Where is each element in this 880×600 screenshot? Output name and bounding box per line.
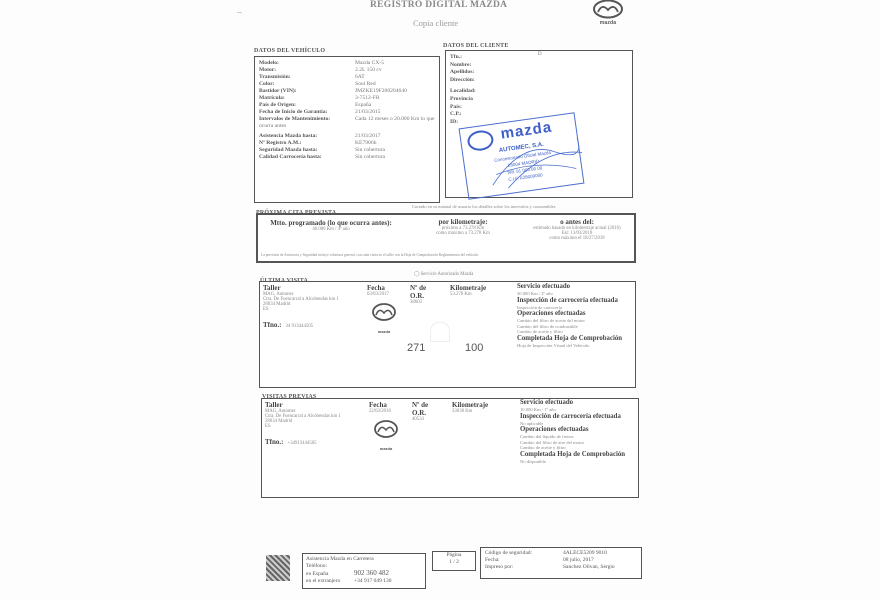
- service-heading: Completada Hoja de Comprobación: [517, 335, 635, 343]
- km-label: Kilometraje: [450, 284, 510, 292]
- next-appointment-note: Cortado en su manual de usuario los deta…: [412, 204, 555, 209]
- or-label: Nº de O.R.: [410, 284, 438, 300]
- workshop-heading: Taller: [263, 284, 363, 292]
- printed-by-value: Sanchez Olivan, Sergio: [563, 564, 615, 570]
- appointment-col-km: por kilometraje: próximo a 73.278 Km com…: [408, 218, 518, 236]
- authorized-service-badge: ◯ Servicio Autorizado Mazda: [414, 272, 473, 277]
- client-field-label: Apellidos:: [450, 69, 628, 77]
- vehicle-field-value: 6AT: [355, 74, 365, 80]
- service-circle-icon: ◯: [414, 272, 421, 277]
- spain-phone: 902 360 482: [354, 569, 389, 577]
- previous-visit-mazda-logo: mazda: [372, 419, 400, 451]
- client-field-label: Localidad:: [450, 88, 628, 96]
- last-visit-km: Kilometraje 53.278 Km: [450, 284, 510, 297]
- vehicle-field-label: Asistencia Mazda hasta:: [259, 133, 355, 140]
- last-visit-date: Fecha 03/03/2017: [367, 284, 407, 297]
- vehicle-field-value: Sin cobertura: [355, 147, 385, 153]
- vehicle-field-row: Matrícula:3-7512-FR: [259, 95, 435, 102]
- client-field-label: Dirección:: [450, 77, 628, 85]
- page-label: Página: [433, 552, 475, 559]
- previous-visits-box: Taller MAG, Automec Ctra. De Fuencarral …: [261, 398, 639, 498]
- previous-visit-or: Nº de O.R. 40533: [412, 401, 440, 422]
- previous-visit-workshop: Taller MAG, Automec Ctra. De Fuencarral …: [265, 401, 365, 449]
- previous-visit-km: Kilometraje 33038 Km: [452, 401, 512, 414]
- vehicle-section-label: DATOS DEL VEHÍCULO: [254, 48, 325, 54]
- mazda-logo-icon: [372, 419, 400, 441]
- km-value: 33038 Km: [452, 409, 512, 414]
- appointment-scheduled-value: 40.000 Km / 4º año: [266, 227, 396, 232]
- date-value: 03/03/2017: [367, 292, 407, 297]
- document-title: REGISTRO DIGITAL MAZDA: [370, 0, 507, 10]
- appointment-col-date: o antes del: estimado basado en kilometr…: [520, 218, 634, 241]
- vehicle-field-row: Seguridad Mazda hasta:Sin cobertura: [259, 147, 435, 154]
- mazda-logo-icon: [370, 302, 398, 324]
- home-icon-watermark: [430, 322, 450, 342]
- service-heading: Inspección de carrocería efectuada: [517, 297, 635, 305]
- vehicle-field-row: Modelo:Mazda CX-5: [259, 60, 435, 67]
- vehicle-field-value: 21/03/2017: [355, 133, 380, 139]
- phone-value: +34913444505: [287, 441, 316, 446]
- security-info-box: Código de seguridad:4ALECE5209 9010 Fech…: [480, 547, 642, 579]
- previous-visit-date: Fecha 22/03/2016: [369, 401, 409, 414]
- authorized-service-text: Servicio Autorizado Mazda: [421, 272, 474, 277]
- vehicle-field-row: Fecha de Inicio de Garantía:21/03/2015: [259, 109, 435, 116]
- service-heading: Operaciones efectuadas: [517, 310, 635, 318]
- vehicle-field-row: Calidad Carrocería hasta:Sin cobertura: [259, 154, 435, 161]
- or-value: 38603: [410, 300, 438, 305]
- vehicle-field-row: Motor:2.2L 150 cv: [259, 67, 435, 74]
- vehicle-field-label: Intervalos de Mantenimiento:: [259, 116, 355, 123]
- vehicle-field-label: Motor:: [259, 67, 355, 74]
- vehicle-data-box: Modelo:Mazda CX-5Motor:2.2L 150 cvTransm…: [254, 56, 440, 203]
- abroad-phone: +34 917 049 130: [354, 578, 391, 584]
- page-indicator: Página 1 / 2: [432, 551, 476, 571]
- vehicle-field-value: Sin cobertura: [355, 154, 385, 160]
- km-value: 53.278 Km: [450, 292, 510, 297]
- phone-value: 34 913444505: [285, 324, 313, 329]
- vehicle-field-value: JMZKE19F200204640: [355, 88, 407, 94]
- vehicle-fields: Modelo:Mazda CX-5Motor:2.2L 150 cvTransm…: [259, 60, 435, 161]
- vehicle-field-label: Nº Registro A.M.:: [259, 140, 355, 147]
- client-section-label: DATOS DEL CLIENTE: [443, 43, 509, 49]
- previous-visit-services: Servicio efectuado10.000 Km / 1º añoInsp…: [520, 399, 638, 465]
- vehicle-field-label: Matrícula:: [259, 95, 355, 102]
- vehicle-field-label: Bastidor (VIN):: [259, 88, 355, 95]
- appointment-col-scheduled: Mtto. programado (lo que ocurra antes): …: [266, 219, 396, 232]
- service-heading: Completada Hoja de Comprobación: [520, 451, 638, 459]
- vehicle-field-label: Modelo:: [259, 60, 355, 67]
- security-code-label: Código de seguridad:: [485, 550, 563, 557]
- page-separator: /: [453, 559, 455, 565]
- print-date-value: 08 julio, 2017: [563, 557, 594, 563]
- or-value: 40533: [412, 417, 440, 422]
- mazda-logo: mazda: [590, 0, 626, 26]
- service-heading: Operaciones efectuadas: [520, 426, 638, 434]
- or-label: Nº de O.R.: [412, 401, 440, 417]
- workshop-line: ES: [263, 307, 363, 312]
- client-fields: Tfn.:Nombre:Apellidos:Dirección:Localida…: [450, 54, 628, 126]
- stamp-signature: [481, 123, 588, 196]
- appointment-footnote: La previsión de Asistencia y Seguridad i…: [261, 253, 478, 257]
- client-marker: D: [538, 52, 542, 57]
- service-detail: Hoja de Inspección Visual del Vehículo: [517, 343, 635, 349]
- service-heading: Inspección de carrocería efectuada: [520, 413, 638, 421]
- next-appointment-box: Mtto. programado (lo que ocurra antes): …: [256, 213, 636, 263]
- assistance-title: Asistencia Mazda en Carretera: [306, 556, 422, 563]
- certification-logo: [266, 555, 290, 581]
- date-value: 22/03/2016: [369, 409, 409, 414]
- vehicle-field-value: 3-7512-FR: [355, 95, 380, 101]
- last-visit-mazda-logo: mazda: [370, 302, 398, 334]
- mazda-logo-icon: [590, 0, 626, 20]
- spain-label: en España: [306, 571, 354, 578]
- roadside-assistance-box: Asistencia Mazda en Carretera Teléfono: …: [302, 553, 426, 589]
- page-current: 1: [449, 559, 452, 565]
- workshop-heading: Taller: [265, 401, 365, 409]
- workshop-line: ES: [265, 424, 365, 429]
- phone-label: Tfno.:: [263, 321, 281, 329]
- service-heading: Servicio efectuado: [517, 283, 635, 291]
- phone-label: Tfno.:: [265, 438, 283, 446]
- date-label: Fecha: [369, 401, 409, 409]
- vehicle-field-value: 21/03/2015: [355, 109, 380, 115]
- vehicle-field-label: Seguridad Mazda hasta:: [259, 147, 355, 154]
- vehicle-field-row: Transmisión:6AT: [259, 74, 435, 81]
- printed-by-label: Impreso por:: [485, 564, 563, 571]
- vehicle-field-row: Intervalos de Mantenimiento:Cada 12 mese…: [259, 116, 435, 130]
- vehicle-field-value: España: [355, 102, 371, 108]
- service-detail: No disponible: [520, 459, 638, 465]
- print-date-label: Fecha:: [485, 557, 563, 564]
- vehicle-field-row: País de Origen:España: [259, 102, 435, 109]
- vehicle-field-label: Color:: [259, 81, 355, 88]
- service-heading: Servicio efectuado: [520, 399, 638, 407]
- mazda-logo-text: mazda: [590, 20, 626, 26]
- vehicle-field-value: Mazda CX-5: [355, 60, 384, 66]
- page-total: 2: [456, 559, 459, 565]
- appointment-scheduled-heading: Mtto. programado (lo que ocurra antes):: [266, 219, 396, 227]
- last-visit-or: Nº de O.R. 38603: [410, 284, 438, 305]
- last-visit-workshop: Taller MAG, Automec Ctra. De Fuencarral …: [263, 284, 363, 332]
- security-code-value: 4ALECE5209 9010: [563, 550, 607, 556]
- vehicle-field-row: Bastidor (VIN):JMZKE19F200204640: [259, 88, 435, 95]
- client-field-label: País:: [450, 104, 628, 112]
- vehicle-field-label: Transmisión:: [259, 74, 355, 81]
- overlay-number-right: 100: [465, 342, 483, 354]
- client-field-label: Nombre:: [450, 62, 628, 70]
- vehicle-field-label: Calidad Carrocería hasta:: [259, 154, 355, 161]
- date-label: Fecha: [367, 284, 407, 292]
- vehicle-field-row: Color:Soul Red: [259, 81, 435, 88]
- last-visit-services: Servicio efectuado30.000 Km / 2º añoInsp…: [517, 283, 635, 349]
- client-field-label: Provincia: [450, 96, 628, 104]
- vehicle-field-label: Fecha de Inicio de Garantía:: [259, 109, 355, 116]
- vehicle-field-label: País de Origen:: [259, 102, 355, 109]
- abroad-label: en el extranjero: [306, 578, 354, 585]
- vehicle-field-row: Nº Registro A.M.:KE7906b: [259, 140, 435, 147]
- document-subtitle: Copia cliente: [413, 18, 458, 28]
- appointment-date-heading: o antes del:: [520, 218, 634, 226]
- vehicle-field-value: Soul Red: [355, 81, 376, 87]
- vehicle-field-value: 2.2L 150 cv: [355, 67, 382, 73]
- vehicle-field-row: Asistencia Mazda hasta:21/03/2017: [259, 133, 435, 140]
- overlay-number-left: 271: [407, 342, 425, 354]
- appointment-km-heading: por kilometraje:: [408, 218, 518, 226]
- appointment-date-line: como máximo el 18/27/2018: [520, 236, 634, 241]
- km-label: Kilometraje: [452, 401, 512, 409]
- scan-speck: [237, 12, 242, 13]
- vehicle-field-value: KE7906b: [355, 140, 376, 146]
- appointment-km-line: como máximo a 73.278 Km: [408, 231, 518, 236]
